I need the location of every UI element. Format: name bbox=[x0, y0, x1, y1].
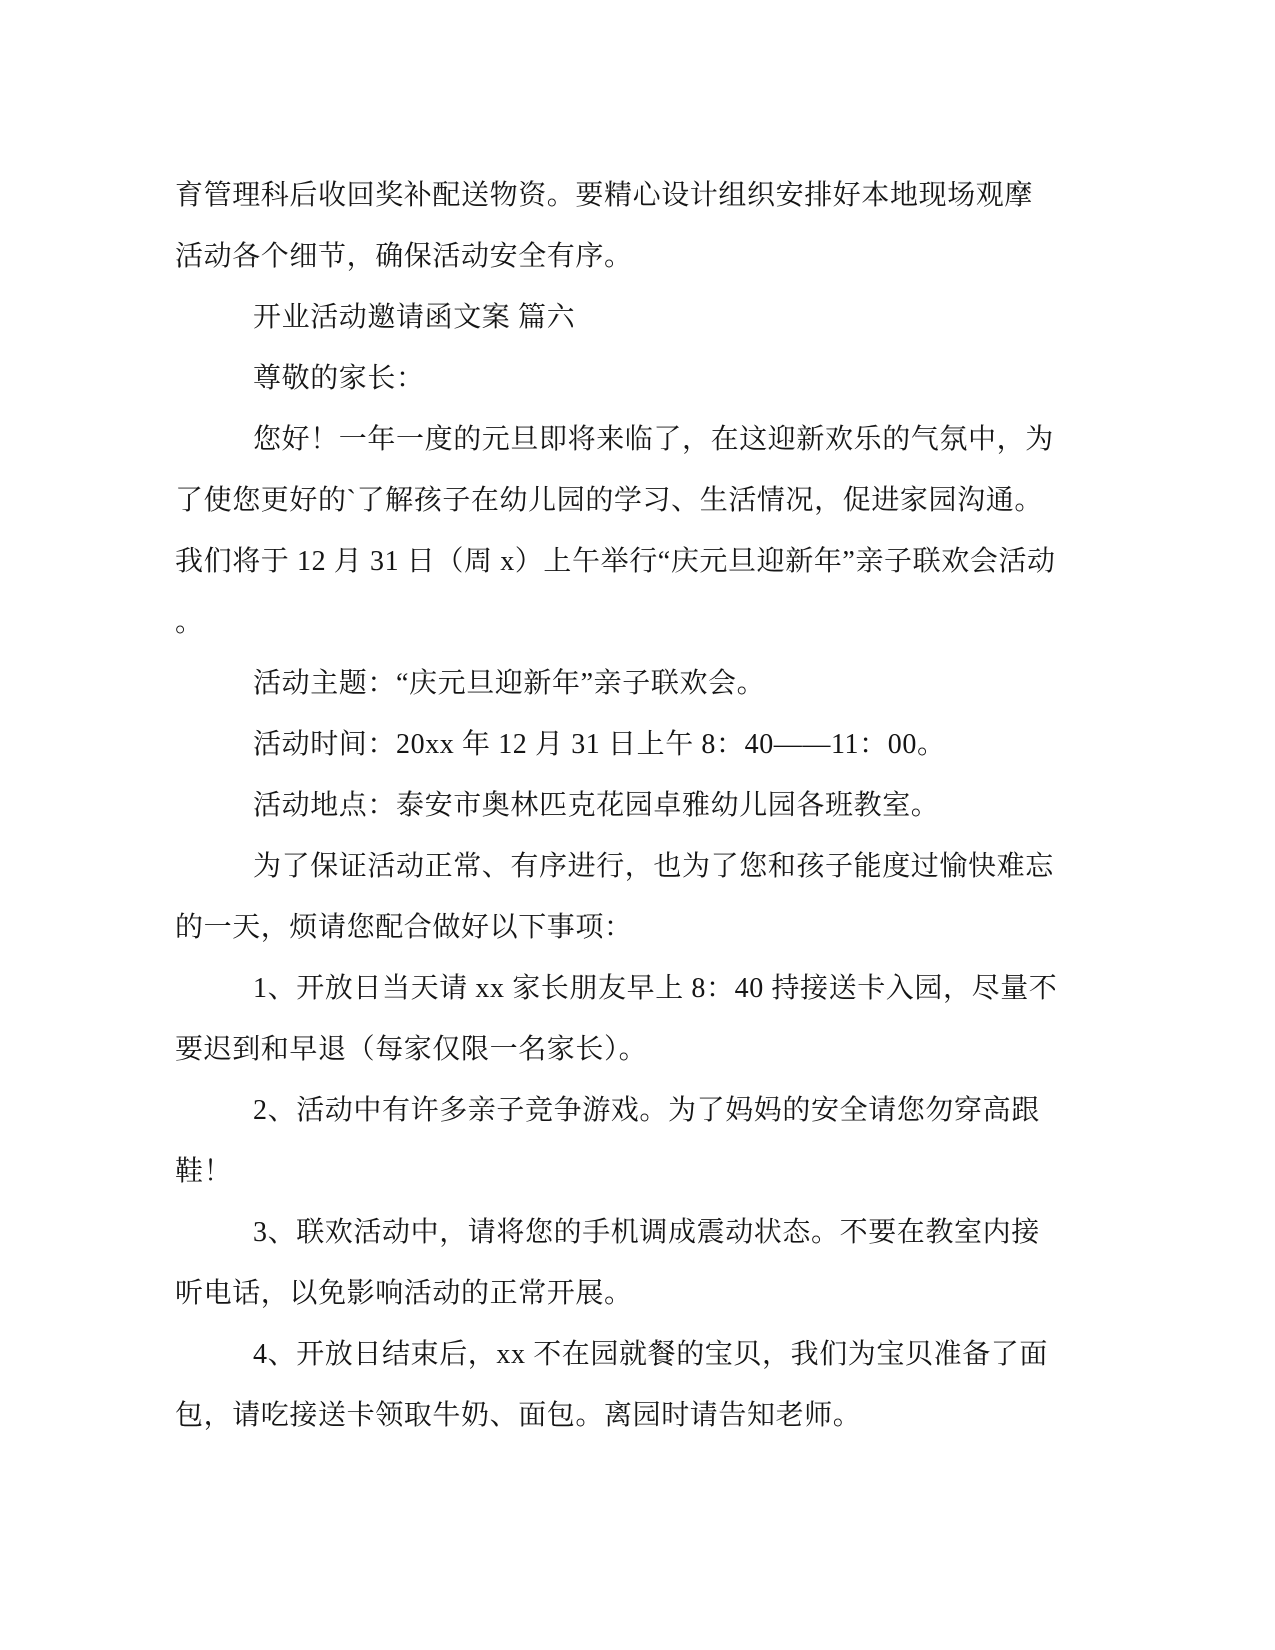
body-line: 了使您更好的`了解孩子在幼儿园的学习、生活情况，促进家园沟通。 bbox=[175, 470, 1055, 531]
notice-item-3-line: 3、联欢活动中，请将您的手机调成震动状态。不要在教室内接 bbox=[175, 1202, 1055, 1263]
body-line: 我们将于 12 月 31 日（周 x）上午举行“庆元旦迎新年”亲子联欢会活动 bbox=[175, 531, 1055, 592]
notice-item-4-line: 4、开放日结束后，xx 不在园就餐的宝贝，我们为宝贝准备了面 bbox=[175, 1324, 1055, 1385]
body-line: 。 bbox=[175, 592, 1055, 653]
notice-item-1-line: 要迟到和早退（每家仅限一名家长）。 bbox=[175, 1019, 1055, 1080]
activity-time-line: 活动时间：20xx 年 12 月 31 日上午 8：40——11：00。 bbox=[175, 714, 1055, 775]
document-page: 育管理科后收回奖补配送物资。要精心设计组织安排好本地现场观摩 活动各个细节，确保… bbox=[0, 0, 1275, 1650]
notice-item-3-line: 听电话，以免影响活动的正常开展。 bbox=[175, 1263, 1055, 1324]
section-title-line: 开业活动邀请函文案 篇六 bbox=[175, 287, 1055, 348]
document-body: 育管理科后收回奖补配送物资。要精心设计组织安排好本地现场观摩 活动各个细节，确保… bbox=[175, 165, 1055, 1446]
body-line: 为了保证活动正常、有序进行，也为了您和孩子能度过愉快难忘 bbox=[175, 836, 1055, 897]
body-line: 的一天，烦请您配合做好以下事项： bbox=[175, 897, 1055, 958]
body-line: 活动各个细节，确保活动安全有序。 bbox=[175, 226, 1055, 287]
notice-item-2-line: 2、活动中有许多亲子竞争游戏。为了妈妈的安全请您勿穿高跟 bbox=[175, 1080, 1055, 1141]
salutation-line: 尊敬的家长： bbox=[175, 348, 1055, 409]
notice-item-1-line: 1、开放日当天请 xx 家长朋友早上 8：40 持接送卡入园，尽量不 bbox=[175, 958, 1055, 1019]
notice-item-2-line: 鞋！ bbox=[175, 1141, 1055, 1202]
body-line: 您好！一年一度的元旦即将来临了，在这迎新欢乐的气氛中，为 bbox=[175, 409, 1055, 470]
notice-item-4-line: 包，请吃接送卡领取牛奶、面包。离园时请告知老师。 bbox=[175, 1385, 1055, 1446]
body-line: 育管理科后收回奖补配送物资。要精心设计组织安排好本地现场观摩 bbox=[175, 165, 1055, 226]
activity-location-line: 活动地点：泰安市奥林匹克花园卓雅幼儿园各班教室。 bbox=[175, 775, 1055, 836]
activity-theme-line: 活动主题：“庆元旦迎新年”亲子联欢会。 bbox=[175, 653, 1055, 714]
